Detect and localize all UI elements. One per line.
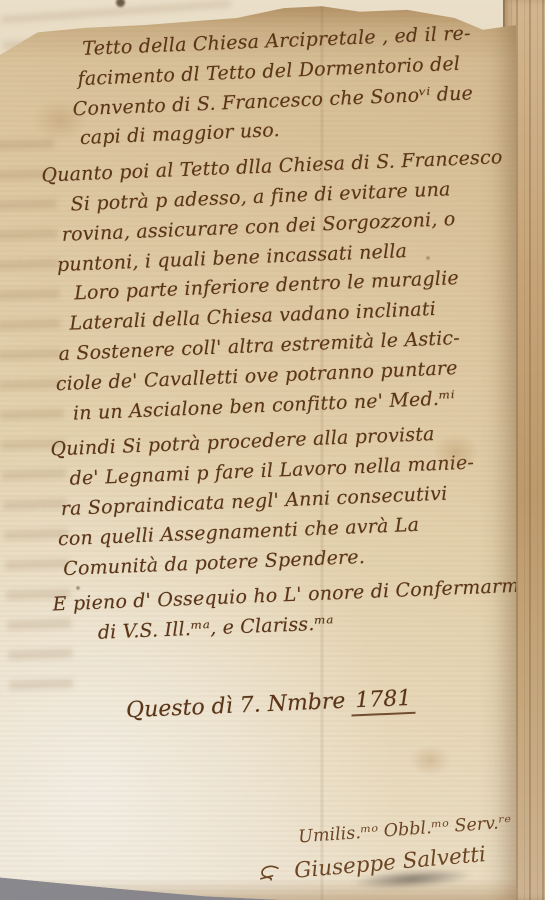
manuscript-photo: Tetto della Chiesa Arcipretale , ed il r… — [0, 0, 545, 900]
paper-sheet: Tetto della Chiesa Arcipretale , ed il r… — [0, 0, 516, 900]
date-line: Questo dì 7. Nmbre1781 — [126, 686, 416, 724]
date-year-underlined: 1781 — [351, 686, 416, 717]
letter-body: Tetto della Chiesa Arcipretale , ed il r… — [30, 20, 540, 653]
date-text: Questo dì 7. Nmbre — [126, 689, 346, 724]
signature-paraph-flourish-icon — [258, 863, 289, 884]
